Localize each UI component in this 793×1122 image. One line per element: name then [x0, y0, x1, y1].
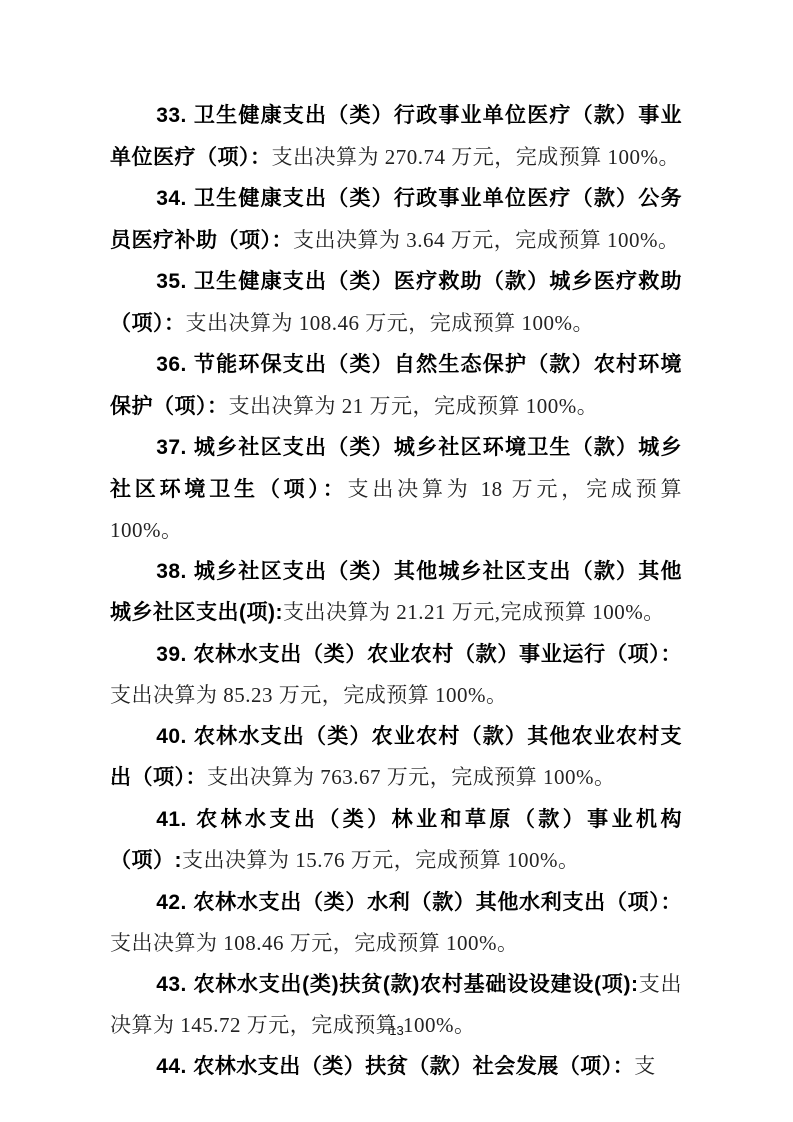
- item-34-value: 支出决算为 3.64 万元，完成预算 100%。: [293, 228, 680, 252]
- item-35-value: 支出决算为 108.46 万元，完成预算 100%。: [186, 311, 595, 335]
- budget-item-44: 44. 农林水支出（类）扶贫（款）社会发展（项）：支: [110, 1046, 682, 1088]
- budget-item-36: 36. 节能环保支出（类）自然生态保护（款）农村环境保护（项）：支出决算为 21…: [110, 344, 682, 427]
- budget-item-40: 40. 农林水支出（类）农业农村（款）其他农业农村支出（项）：支出决算为 763…: [110, 716, 682, 799]
- item-38-value: 支出决算为 21.21 万元,完成预算 100%。: [283, 600, 665, 624]
- budget-item-34: 34. 卫生健康支出（类）行政事业单位医疗（款）公务员医疗补助（项）：支出决算为…: [110, 178, 682, 261]
- budget-item-42: 42. 农林水支出（类）水利（款）其他水利支出（项）：支出决算为 108.46 …: [110, 882, 682, 964]
- item-36-value: 支出决算为 21 万元，完成预算 100%。: [229, 394, 599, 418]
- document-body: 33. 卫生健康支出（类）行政事业单位医疗（款）事业单位医疗（项）：支出决算为 …: [110, 95, 682, 1087]
- budget-item-33: 33. 卫生健康支出（类）行政事业单位医疗（款）事业单位医疗（项）：支出决算为 …: [110, 95, 682, 178]
- budget-item-37: 37. 城乡社区支出（类）城乡社区环境卫生（款）城乡社区环境卫生（项）：支出决算…: [110, 427, 682, 551]
- item-41-value: 支出决算为 15.76 万元，完成预算 100%。: [182, 848, 580, 872]
- item-43-heading: 43. 农林水支出(类)扶贫(款)农村基础设设建设(项):: [156, 973, 638, 996]
- item-42-heading: 42. 农林水支出（类）水利（款）其他水利支出（项）：: [156, 891, 682, 914]
- item-42-value: 支出决算为 108.46 万元，完成预算 100%。: [110, 931, 519, 955]
- document-page: 33. 卫生健康支出（类）行政事业单位医疗（款）事业单位医疗（项）：支出决算为 …: [0, 0, 793, 1122]
- page-footer: 13: [0, 1022, 793, 1040]
- page-number: 13: [389, 1023, 403, 1038]
- item-40-value: 支出决算为 763.67 万元，完成预算 100%。: [207, 765, 616, 789]
- budget-item-41: 41. 农林水支出（类）林业和草原（款）事业机构（项）:支出决算为 15.76 …: [110, 799, 682, 882]
- item-44-value: 支: [634, 1054, 656, 1078]
- item-33-value: 支出决算为 270.74 万元，完成预算 100%。: [272, 145, 681, 169]
- item-44-heading: 44. 农林水支出（类）扶贫（款）社会发展（项）：: [156, 1055, 634, 1078]
- item-39-value: 支出决算为 85.23 万元，完成预算 100%。: [110, 683, 508, 707]
- budget-item-35: 35. 卫生健康支出（类）医疗救助（款）城乡医疗救助（项）：支出决算为 108.…: [110, 261, 682, 344]
- item-39-heading: 39. 农林水支出（类）农业农村（款）事业运行（项）：: [156, 643, 682, 666]
- budget-item-38: 38. 城乡社区支出（类）其他城乡社区支出（款）其他城乡社区支出(项):支出决算…: [110, 551, 682, 634]
- budget-item-39: 39. 农林水支出（类）农业农村（款）事业运行（项）：支出决算为 85.23 万…: [110, 634, 682, 716]
